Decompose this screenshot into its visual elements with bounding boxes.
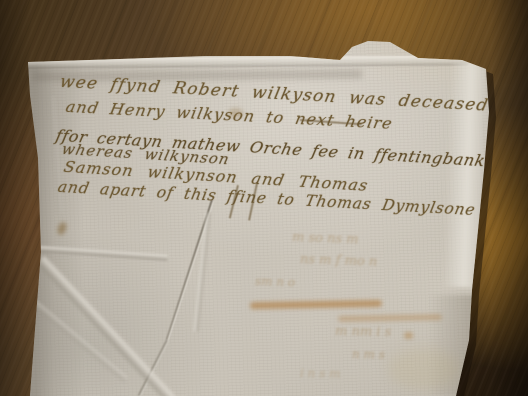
showthrough-marks: sm n o — [255, 274, 296, 289]
rust-stain-dot — [404, 332, 413, 339]
showthrough-marks: m nm i s — [335, 324, 392, 340]
faint-brown-mark — [228, 108, 243, 118]
showthrough-marks: ns m f mo n — [300, 252, 378, 270]
showthrough-marks: i n s m — [300, 366, 341, 381]
showthrough-marks: n m s — [352, 347, 385, 362]
yellow-discoloration — [388, 348, 460, 390]
showthrough-marks: m so ns m — [292, 230, 359, 247]
photo-scene: wee ffynd Robert wilkyson was deceased a… — [0, 0, 528, 396]
